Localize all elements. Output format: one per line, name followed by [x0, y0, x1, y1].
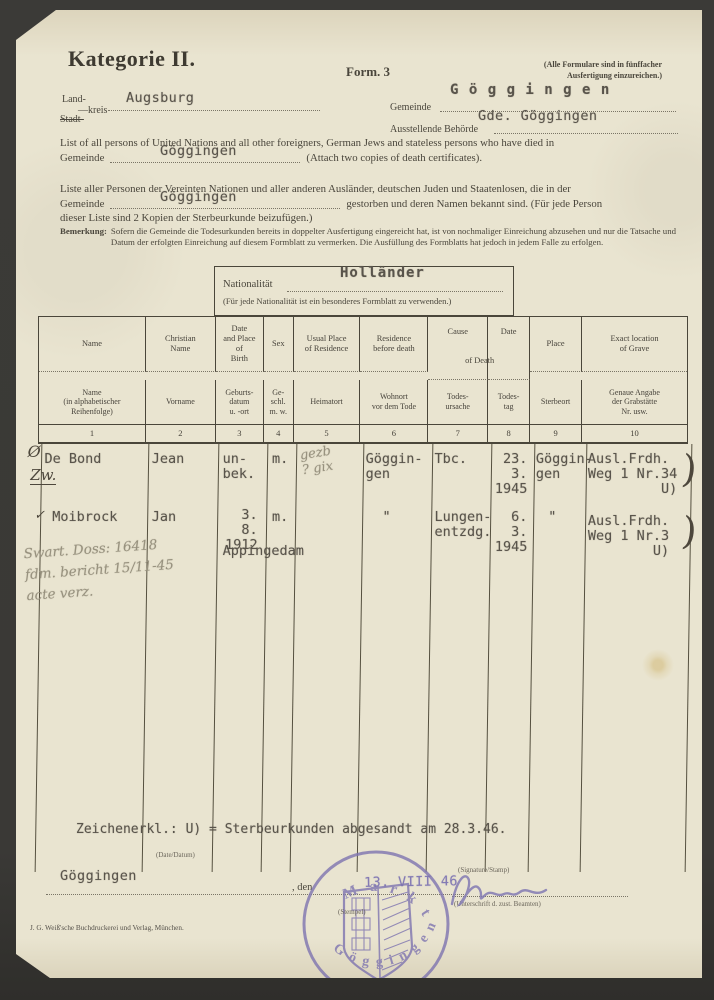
row1-residence-before-death: Göggin- gen — [366, 452, 423, 482]
behoerde-label: Ausstellende Behörde — [390, 124, 478, 135]
col-christian-name-de: Vorname — [146, 380, 216, 425]
row1-birth: un- bek. — [223, 452, 256, 482]
intro-english-gemeinde-label: Gemeinde — [60, 151, 104, 166]
kreis-dotted-line — [108, 110, 320, 111]
category-title: Kategorie II. — [68, 46, 195, 72]
gemeinde-label: Gemeinde — [390, 102, 431, 113]
col-residence-before-death-de: Wohnort vor dem Tode — [360, 380, 428, 425]
nationality-value: Holländer — [340, 265, 425, 281]
row1-name: De Bond — [45, 452, 102, 467]
table-header: Name Christian Name Date and Place of Bi… — [38, 316, 688, 442]
row1-death-date: 23. 3. 1945 — [490, 452, 528, 497]
intro-german-line2: gestorben und deren Namen bekannt sind. … — [346, 197, 602, 212]
behoerde-dotted-line — [494, 133, 678, 134]
stempel-label: (Stempel) — [338, 908, 366, 916]
bemerkung-label: Bemerkung: — [60, 226, 107, 249]
place-value: Göggingen — [60, 868, 137, 884]
intro-english: List of all persons of United Nations an… — [60, 136, 672, 165]
of-death-shared-label: of Death — [429, 356, 531, 365]
row2-pencil-note: Swart. Doss: 16418 fdm. bericht 15/11-45… — [23, 534, 176, 607]
col-birth-en: Date and Place of Birth — [216, 317, 264, 372]
col-residence-en: Usual Place of Residence — [294, 317, 361, 372]
printer-imprint: J. G. Weiß'sche Buchdruckerei und Verlag… — [30, 924, 184, 932]
col-num-2: 2 — [146, 425, 216, 442]
legend-line: Zeichenerkl.: U) = Sterbeurkunden abgesa… — [76, 822, 506, 837]
col-date-of-death-en: Date — [488, 317, 530, 380]
row2-death-date: 6. 3. 1945 — [490, 510, 528, 555]
col-cause-de: Todes- ursache — [428, 380, 488, 425]
row1-margin-mark-zw: Zw. — [30, 466, 56, 485]
table-column-line — [425, 444, 433, 872]
row2-hand-bracket: ) — [680, 511, 699, 550]
nationality-box: Nationalität Holländer (Für jede Nationa… — [214, 266, 514, 316]
form-number: Form. 3 — [346, 64, 390, 80]
row1-sex: m. — [272, 452, 288, 467]
intro-german-gemeinde-label: Gemeinde — [60, 197, 104, 212]
land-label: Land- — [62, 94, 86, 105]
col-place-de: Sterbeort — [530, 380, 582, 425]
intro-german-line1: Liste aller Personen der Vereinten Natio… — [60, 182, 672, 197]
intro-english-line1: List of all persons of United Nations an… — [60, 136, 672, 151]
col-birth-de: Geburts- datum u. -ort — [216, 380, 264, 425]
table-header-german-row: Name (in alphabetischer Reihenfolge) Vor… — [39, 380, 687, 425]
intro-german-line3: dieser Liste sind 2 Kopien der Sterbeurk… — [60, 211, 672, 226]
bemerkung-text: Sofern die Gemeinde die Todesurkunden be… — [111, 226, 676, 249]
col-num-3: 3 — [216, 425, 264, 442]
col-num-4: 4 — [264, 425, 294, 442]
col-name-de: Name (in alphabetischer Reihenfolge) — [39, 380, 146, 425]
col-cause-en: Cause — [428, 317, 488, 380]
row2-death-place-ditto: " — [548, 510, 556, 525]
nationality-label: Nationalität — [223, 279, 273, 290]
table-header-number-row: 1 2 3 4 5 6 7 8 9 10 — [39, 425, 687, 442]
row2-grave-location: Ausl.Frdh. Weg 1 Nr.3 U) — [588, 514, 669, 559]
behoerde-value: Gde. Göggingen — [478, 108, 597, 124]
copies-instruction-note: (Alle Formulare sind in fünffacher Ausfe… — [484, 60, 662, 82]
row2-christian-name: Jan — [152, 510, 176, 525]
col-num-7: 7 — [428, 425, 488, 442]
row1-margin-mark-circle: Ø — [28, 442, 41, 461]
col-date-of-death-de: Todes- tag — [488, 380, 530, 425]
nationality-dotted-line — [287, 291, 503, 292]
row2-name: Moibrock — [52, 510, 117, 525]
col-christian-name-en: Christian Name — [146, 317, 216, 372]
death-register-table: Name Christian Name Date and Place of Bi… — [38, 316, 688, 872]
table-column-line — [579, 444, 587, 872]
intro-german-gemeinde-value: Göggingen — [160, 188, 237, 206]
table-column-line — [260, 444, 268, 872]
svg-text:G ö g g i n g e n: G ö g g i n g e n — [330, 919, 440, 971]
col-num-8: 8 — [488, 425, 530, 442]
table-column-line — [142, 444, 150, 872]
table-body: De Bond Jean un- bek. m. Göggin- gen Tbc… — [38, 442, 688, 872]
table-header-english-row: Name Christian Name Date and Place of Bi… — [39, 317, 687, 380]
col-num-9: 9 — [530, 425, 582, 442]
row2-cause: Lungen- entzdg. — [435, 510, 492, 540]
intro-english-attach-note: (Attach two copies of death certificates… — [306, 151, 482, 166]
intro-german: Liste aller Personen der Vereinten Natio… — [60, 182, 672, 226]
row2-check-mark: ✓ — [34, 508, 45, 523]
col-num-1: 1 — [39, 425, 146, 442]
col-grave-en: Exact location of Grave — [582, 317, 687, 372]
col-num-6: 6 — [360, 425, 428, 442]
gemeinde-value: G ö g g i n g e n — [450, 82, 610, 98]
col-sex-en: Sex — [264, 317, 294, 372]
bemerkung-note: Bemerkung: Sofern die Gemeinde die Todes… — [60, 226, 676, 249]
table-column-line — [290, 444, 298, 872]
row1-hand-bracket: ) — [680, 449, 699, 488]
row1-death-place: Göggin- gen — [536, 452, 593, 482]
row2-birth-place: Appingedam — [223, 544, 304, 559]
scanned-form-page: Kategorie II. Form. 3 (Alle Formulare si… — [16, 10, 702, 978]
nationality-note: (Für jede Nationalität ist ein besondere… — [223, 296, 451, 306]
scanned-document-background: { "colors": { "paper": "#e9e4d0", "print… — [0, 0, 714, 1000]
col-grave-de: Genaue Angabe der Grabstätte Nr. usw. — [582, 380, 687, 425]
municipal-stamp: M a r k t G ö g g i n g e n — [296, 840, 456, 978]
signature-scribble — [446, 868, 586, 912]
col-place-en: Place — [530, 317, 582, 372]
stadt-label-struck: Stadt- — [60, 114, 84, 125]
table-column-line — [357, 444, 365, 872]
row1-cause: Tbc. — [435, 452, 468, 467]
intro-english-gemeinde-value: Göggingen — [160, 142, 237, 160]
row1-pencil-note: gezb ? gix — [299, 444, 334, 479]
row1-christian-name: Jean — [152, 452, 185, 467]
row2-residence-ditto: " — [383, 510, 391, 525]
kreis-value: Augsburg — [126, 90, 194, 106]
row2-sex: m. — [272, 510, 288, 525]
table-column-line — [527, 444, 535, 872]
col-num-10: 10 — [582, 425, 687, 442]
col-num-5: 5 — [294, 425, 361, 442]
date-field-label: (Date/Datum) — [156, 851, 195, 859]
col-residence-before-death-en: Residence before death — [360, 317, 428, 372]
col-sex-de: Ge- schl. m. w. — [264, 380, 294, 425]
col-name-en: Name — [39, 317, 146, 372]
row1-grave-location: Ausl.Frdh. Weg 1 Nr.34 U) — [588, 452, 677, 497]
col-residence-de: Heimatort — [294, 380, 361, 425]
